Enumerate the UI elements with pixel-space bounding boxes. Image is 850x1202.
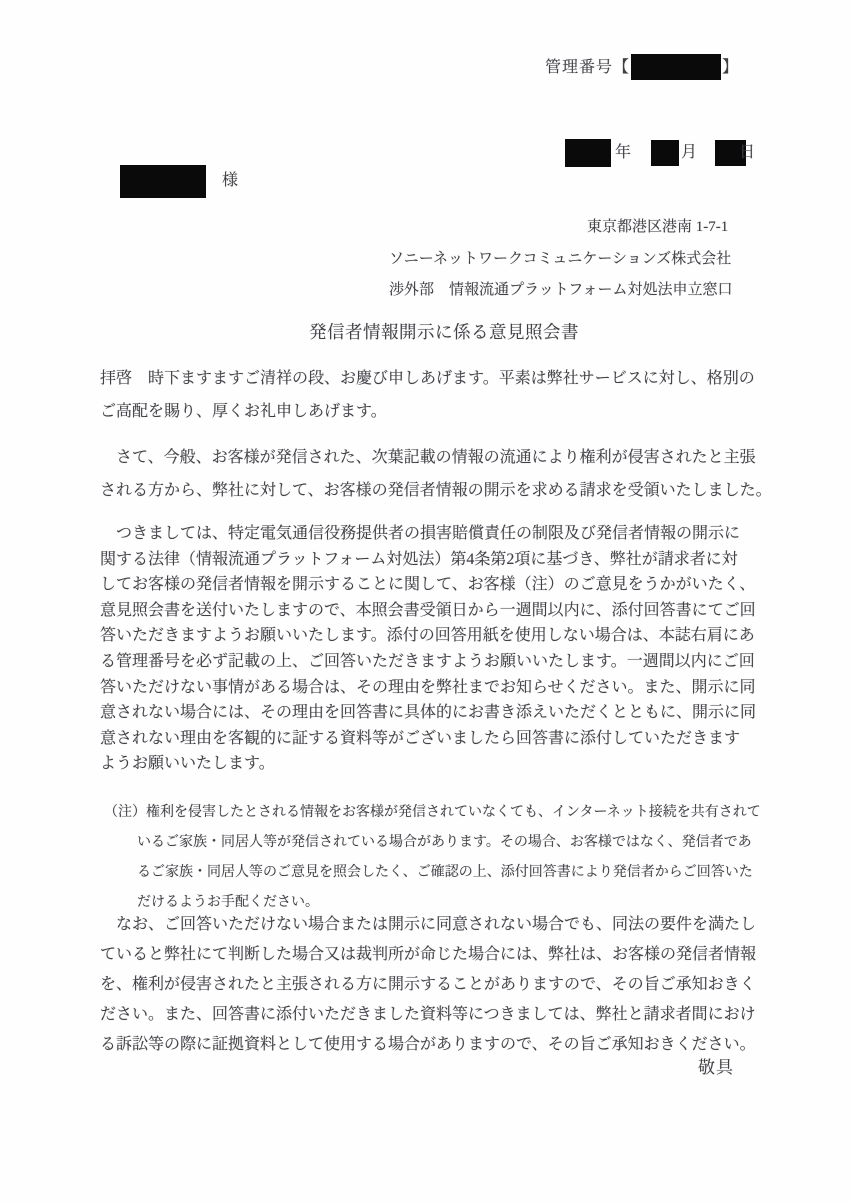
- management-number-line: 管理番号【】: [545, 54, 739, 81]
- note-paragraph: （注）権利を侵害したとされる情報をお客様が発信されていなくても、インターネット接…: [104, 798, 766, 918]
- paragraph-greeting: 拝啓 時下ますますご清祥の段、お慶び申しあげます。平素は弊社サービスに対し、格別…: [100, 362, 764, 428]
- text-line: 意されない理由を客観的に証する資料等がございましたら回答書に添付していただきます: [100, 726, 764, 752]
- management-number-label: 管理番号: [545, 59, 613, 76]
- redaction-box-management-number: [631, 54, 721, 80]
- text-line: される方から、弊社に対して、お客様の発信者情報の開示を求める請求を受領いたしまし…: [100, 474, 764, 507]
- recipient-honorific: 様: [222, 172, 238, 189]
- text-line: る管理番号を必ず記載の上、ご回答いただきますようお願いいたします。一週間以内にご…: [100, 649, 764, 675]
- text-line: つきましては、特定電気通信役務提供者の損害賠償責任の制限及び発信者情報の開示に: [100, 521, 764, 547]
- bracket-open: 【: [613, 59, 630, 76]
- year-suffix: 年: [615, 144, 631, 161]
- text-line: さて、今般、お客様が発信された、次葉記載の情報の流通により権利が侵害されたと主張: [100, 441, 764, 474]
- day-suffix: 日: [739, 144, 755, 161]
- text-line: 意されない場合には、その理由を回答書に具体的にお書き添えいただくとともに、開示に…: [100, 700, 764, 726]
- paragraph-request-received: さて、今般、お客様が発信された、次葉記載の情報の流通により権利が侵害されたと主張…: [100, 441, 764, 507]
- redaction-box-year: [565, 139, 611, 167]
- month-suffix: 月: [681, 144, 697, 161]
- text-line: 東京都港区港南 1-7-1: [389, 212, 749, 244]
- date-line: 年月日: [565, 139, 755, 167]
- text-line: ていると弊社にて判断した場合又は裁判所が命じた場合には、弊社は、お客様の発信者情…: [100, 940, 764, 970]
- text-line: いるご家族・同居人等が発信されている場合があります。その場合、お客様ではなく、発…: [137, 828, 766, 858]
- text-line: ようお願いいたします。: [100, 751, 764, 777]
- text-line: 答いただけない事情がある場合は、その理由を弊社までお知らせください。また、開示に…: [100, 675, 764, 701]
- text-line: を、権利が侵害されたと主張される方に開示することがありますので、その旨ご承知おき…: [100, 970, 764, 1000]
- text-line: 拝啓 時下ますますご清祥の段、お慶び申しあげます。平素は弊社サービスに対し、格別…: [100, 362, 764, 395]
- text-line: 意見照会書を送付いたしますので、本照会書受領日から一週間以内に、添付回答書にてご…: [100, 598, 764, 624]
- paragraph-disclosure-notice: なお、ご回答いただけない場合または開示に同意されない場合でも、同法の要件を満たし…: [100, 910, 764, 1060]
- text-line: ソニーネットワークコミュニケーションズ株式会社: [389, 244, 749, 276]
- text-line: してお客様の発信者情報を開示することに関して、お客様（注）のご意見をうかがいたく…: [100, 572, 764, 598]
- sender-address-block: 東京都港区港南 1-7-1ソニーネットワークコミュニケーションズ株式会社渉外部 …: [389, 212, 749, 307]
- text-line: るご家族・同居人等のご意見を照会したく、ご確認の上、添付回答書により発信者からご…: [137, 858, 766, 888]
- text-line: ご高配を賜り、厚くお礼申しあげます。: [100, 395, 764, 428]
- text-line: ださい。また、回答書に添付いただきました資料等につきましては、弊社と請求者間にお…: [100, 1000, 764, 1030]
- paragraph-inquiry-details: つきましては、特定電気通信役務提供者の損害賠償責任の制限及び発信者情報の開示に関…: [100, 521, 764, 777]
- recipient-line: 様: [120, 165, 238, 198]
- text-line: る訴訟等の際に証拠資料として使用する場合がありますので、その旨ご承知おきください…: [100, 1030, 764, 1060]
- text-line: なお、ご回答いただけない場合または開示に同意されない場合でも、同法の要件を満たし: [100, 910, 764, 940]
- text-line: 渉外部 情報流通プラットフォーム対処法申立窓口: [389, 275, 749, 307]
- redaction-box-month: [651, 140, 679, 166]
- bracket-close: 】: [722, 59, 739, 76]
- letter-title: 発信者情報開示に係る意見照会書: [309, 319, 579, 344]
- text-line: 答いただきますようお願いいたします。添付の回答用紙を使用しない場合は、本誌右肩に…: [100, 623, 764, 649]
- text-line: （注）権利を侵害したとされる情報をお客様が発信されていなくても、インターネット接…: [137, 798, 766, 828]
- letter-page: 管理番号【】 年月日 様 東京都港区港南 1-7-1ソニーネットワークコミュニケ…: [0, 0, 850, 1202]
- text-line: 関する法律（情報流通プラットフォーム対処法）第4条第2項に基づき、弊社が請求者に…: [100, 547, 764, 573]
- redaction-box-recipient-name: [120, 165, 206, 198]
- closing-keigu: 敬具: [698, 1053, 734, 1078]
